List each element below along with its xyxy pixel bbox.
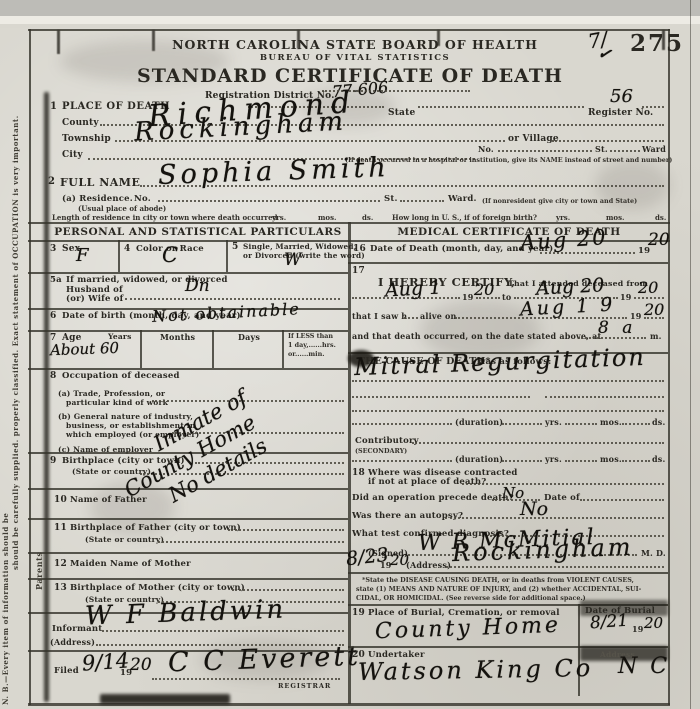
attended-from-value: Aug 1 xyxy=(384,277,441,302)
undertaker-value: Watson King Co xyxy=(358,654,594,686)
from-year-prefix: 19 xyxy=(462,292,474,302)
footnote-line-1: *State the DISEASE CAUSING DEATH, or in … xyxy=(362,576,634,584)
scan-top-strip xyxy=(0,0,700,28)
column-divider xyxy=(348,222,351,704)
father-bp-label: Birthplace of Father (city or town) xyxy=(70,523,241,533)
age-less-1: If LESS than xyxy=(288,332,333,340)
medical-header: MEDICAL CERTIFICATE OF DEATH xyxy=(352,226,666,238)
burial-year-suffix: 20 xyxy=(644,614,663,632)
filed-label: Filed xyxy=(54,666,79,676)
ds-label: ds. xyxy=(362,213,373,222)
dotted-line xyxy=(545,396,664,398)
margin-note-instructions: should be carefully supplied. properly c… xyxy=(11,180,20,570)
residence-label: (a) Residence. xyxy=(62,194,133,204)
rule-line xyxy=(28,552,348,554)
dotted-line xyxy=(565,423,597,425)
nonresident-note: (If nonresident give city or town and St… xyxy=(482,197,637,205)
dotted-line xyxy=(622,460,650,462)
dotted-line xyxy=(565,460,597,462)
occurred-m-label: m. xyxy=(650,331,662,341)
dotted-line xyxy=(352,380,664,382)
contributory-label: Contributory xyxy=(355,436,419,446)
duration-ds: ds. xyxy=(652,417,665,427)
dotted-line xyxy=(498,150,592,152)
registrar-signature: C C Everett xyxy=(168,641,362,679)
dotted-line xyxy=(352,460,452,462)
death-date-value: Aug 20 xyxy=(519,225,608,255)
death-time-value: 8 a xyxy=(598,318,636,338)
margin-note-nb: N. B.—Every item of information should b… xyxy=(1,540,10,705)
dotted-line xyxy=(352,423,452,425)
q18-no: 18 xyxy=(352,468,365,478)
signed-address-value: Rockingham xyxy=(452,533,634,567)
dotted-line xyxy=(352,396,530,398)
saw-label-1: that I saw h xyxy=(352,311,407,321)
dotted-line xyxy=(158,541,344,543)
dotted-line xyxy=(404,317,418,319)
duration-yrs: yrs. xyxy=(545,417,562,427)
rule-line xyxy=(28,29,670,31)
rule-line xyxy=(28,578,348,580)
mos-label: mos. xyxy=(318,213,336,222)
md-label: M. D. xyxy=(641,548,666,558)
bureau-title: BUREAU OF VITAL STATISTICS xyxy=(160,53,550,63)
duration-mos: mos. xyxy=(600,417,622,427)
register-no-label: Register No. xyxy=(588,108,653,118)
informant-value: W F Baldwin xyxy=(85,594,287,631)
mother-no: 12 xyxy=(54,559,67,569)
marital-no: 5 xyxy=(232,242,238,252)
death-date-year-suffix: 20 xyxy=(648,230,670,250)
rule-line xyxy=(118,240,120,272)
dotted-line xyxy=(228,529,344,531)
mother-bp-no: 13 xyxy=(54,583,67,593)
marital-value: W xyxy=(284,250,301,270)
ink-smudge xyxy=(100,694,230,704)
sex-no: 3 xyxy=(50,244,56,254)
autopsy-value: No xyxy=(520,498,548,520)
signed-address-label: (Address) xyxy=(406,560,451,570)
wife-label: (or) Wife of xyxy=(66,294,124,304)
occupation-label: Occupation of deceased xyxy=(62,371,180,381)
occurred-label: and that death occurred, on the date sta… xyxy=(352,331,601,341)
county-label: County xyxy=(62,118,99,128)
father-bp-sub: (State or country) xyxy=(85,535,164,544)
informant-address-label: (Address) xyxy=(50,637,95,647)
name-section-no: 2 xyxy=(48,176,55,187)
dotted-line xyxy=(502,460,542,462)
abode-note: (Usual place of abode) xyxy=(78,204,166,213)
city-label: City xyxy=(62,150,83,160)
tick-mark xyxy=(57,30,60,54)
dotted-line xyxy=(642,106,664,108)
page-edge xyxy=(690,0,691,709)
color-no: 4 xyxy=(124,244,130,254)
dotted-line xyxy=(580,499,664,501)
to-year-prefix: 19 xyxy=(620,292,632,302)
attended-to-year: 20 xyxy=(638,278,658,297)
dotted-line xyxy=(400,200,444,202)
burial-date-value: 8/21 xyxy=(589,611,628,634)
dob-value: Not obtainable xyxy=(152,299,302,326)
personal-header: PERSONAL AND STATISTICAL PARTICULARS xyxy=(52,226,344,238)
township-label: Township xyxy=(62,134,111,144)
city-st-label: St. xyxy=(595,144,608,154)
cause-value: Mitral Regurgitation xyxy=(354,343,647,381)
attended-from-year: 20 xyxy=(474,280,494,299)
marital-label-2: or Divorced (write the word) xyxy=(243,251,365,260)
place-section-no: 1 xyxy=(50,101,57,112)
saw-label-2: alive on xyxy=(420,311,457,321)
mother-label: Maiden Name of Mother xyxy=(70,559,191,569)
age-months-label: Months xyxy=(160,332,195,342)
ds-label-2: ds. xyxy=(655,213,666,222)
age-value: About 60 xyxy=(50,339,120,359)
village-label: or Village xyxy=(508,134,559,144)
rule-line xyxy=(348,262,668,264)
dotted-line xyxy=(152,678,340,680)
residence-ward-label: Ward. xyxy=(448,194,477,204)
to-label: to xyxy=(502,292,511,302)
dotted-line xyxy=(232,589,344,591)
handwritten-check: ✓ xyxy=(596,43,613,64)
q18-line-2: if not at place of death? xyxy=(368,477,486,487)
spouse-value: Dn xyxy=(185,276,210,296)
operation-label: Did an operation precede death? xyxy=(352,493,514,503)
secondary-label: (SECONDARY) xyxy=(355,447,407,455)
dotted-line xyxy=(158,200,380,202)
yrs-label: yrs. xyxy=(272,213,286,222)
duration-label-2: (duration) xyxy=(455,454,503,464)
dotted-line xyxy=(418,106,584,108)
rule-line xyxy=(348,572,668,574)
certificate-sheet: N. B.—Every item of information should b… xyxy=(0,0,700,709)
rule-line xyxy=(212,330,214,368)
last-seen-year: 20 xyxy=(644,300,664,319)
spouse-no: 5a xyxy=(50,275,62,285)
name-section-label: FULL NAME xyxy=(60,176,140,189)
birthplace-no: 9 xyxy=(50,456,56,466)
undertaker-address-value: N C xyxy=(618,654,670,679)
city-no-label: No. xyxy=(478,144,494,154)
howlong-label: How long in U. S., if of foreign birth? xyxy=(392,213,537,222)
dotted-line xyxy=(102,630,344,632)
dotted-line xyxy=(552,140,664,142)
burial-place-value: County Home xyxy=(375,613,562,644)
occupation-a1: (a) Trade, Profession, or xyxy=(58,389,165,398)
footnote-line-2: state (1) MEANS AND NATURE OF INJURY, an… xyxy=(356,585,641,593)
rule-line xyxy=(140,330,142,368)
residence-st-label: St. xyxy=(384,194,398,204)
dotted-line xyxy=(502,423,542,425)
rule-line xyxy=(226,240,228,272)
rule-line xyxy=(29,29,31,705)
register-no-value: 56 xyxy=(610,86,633,107)
rule-line xyxy=(668,29,670,705)
duration-label: (duration) xyxy=(455,417,503,427)
age-less-2: 1 day,......hrs. xyxy=(288,341,336,349)
hospital-note: (If death occurred in a hospital or inst… xyxy=(345,156,672,164)
duration-ds-2: ds. xyxy=(652,454,665,464)
footnote-line-3: CIDAL, OR HOMICIDAL. (See reverse side f… xyxy=(356,594,586,602)
dotted-line xyxy=(634,297,664,299)
autopsy-label: Was there an autopsy? xyxy=(352,511,463,521)
dotted-line xyxy=(446,566,664,568)
color-value: C xyxy=(162,243,178,267)
length-residence-label: Length of residence in city or town wher… xyxy=(52,213,277,222)
filed-year-suffix: 20 xyxy=(130,655,152,675)
certify-no: 17 xyxy=(352,266,365,276)
burial-year-prefix: 19 xyxy=(632,624,644,634)
duration-yrs-2: yrs. xyxy=(545,454,562,464)
registrar-label: REGISTRAR xyxy=(278,682,331,690)
mos-label-2: mos. xyxy=(606,213,624,222)
dotted-line xyxy=(352,410,664,412)
state-label: State xyxy=(388,108,415,118)
duration-mos-2: mos. xyxy=(600,454,622,464)
occupation-no: 8 xyxy=(50,371,56,381)
dotted-line xyxy=(125,298,340,300)
dotted-line xyxy=(622,423,650,425)
date-of-label: Date of xyxy=(544,493,580,503)
dotted-line xyxy=(445,517,664,519)
org-title: NORTH CAROLINA STATE BOARD OF HEALTH xyxy=(160,37,550,52)
yrs-label-2: yrs. xyxy=(556,213,570,222)
sex-value: F xyxy=(76,245,89,266)
page-number: 275 xyxy=(630,30,684,57)
city-ward-label: Ward xyxy=(642,144,666,154)
mother-bp-label: Birthplace of Mother (city or town) xyxy=(70,583,245,593)
father-no: 10 xyxy=(54,495,67,505)
rule-line xyxy=(28,272,348,274)
rule-line xyxy=(28,518,348,520)
parents-label: Parents xyxy=(34,520,44,590)
dob-no: 6 xyxy=(50,311,56,321)
burial-no: 19 xyxy=(352,608,365,618)
dotted-line xyxy=(462,483,664,485)
age-days-label: Days xyxy=(238,332,260,342)
dotted-line xyxy=(412,442,664,444)
dotted-line xyxy=(610,150,640,152)
death-date-no: 16 xyxy=(353,244,366,254)
father-bp-no: 11 xyxy=(54,523,67,533)
residence-no-label: No. xyxy=(134,194,151,204)
